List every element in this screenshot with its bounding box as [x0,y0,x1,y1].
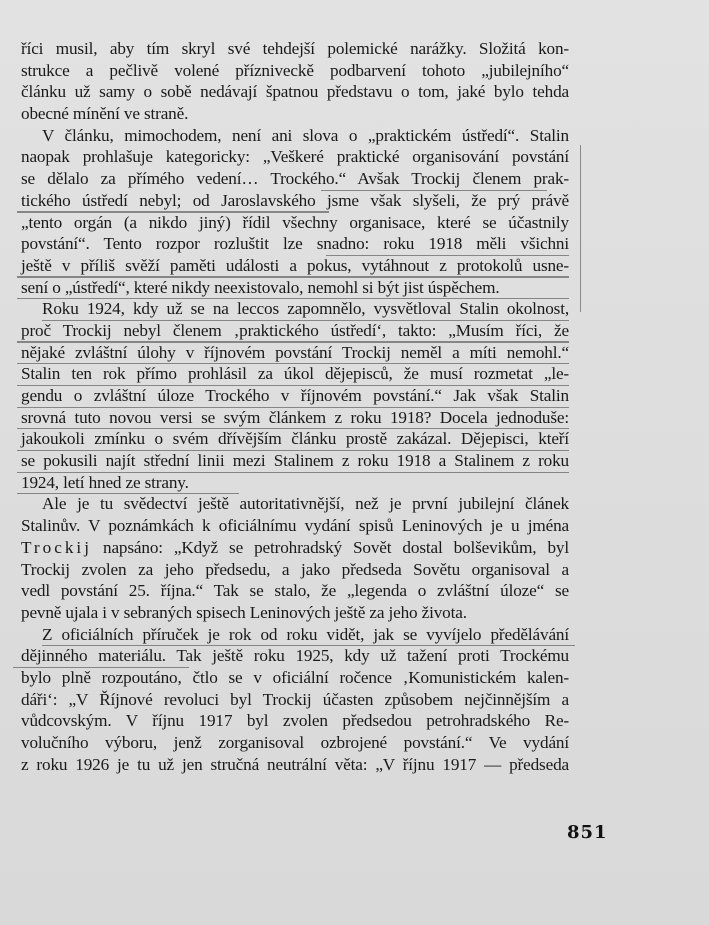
underlined-line: dějinného materiálu. Tak ještě roku 1925… [21,645,569,667]
text-line: bylo plně rozpoutáno, čtlo se v oficiáln… [21,667,569,689]
text-line: Trockij napsáno: „Když se petrohradský S… [21,537,569,559]
paragraph-start: Z oficiálních příruček je rok od roku vi… [21,624,569,646]
text-line: obecné mínění ve straně. [21,103,569,125]
underlined-line: sení o „ústředí“, které nikdy neexistova… [21,277,569,299]
underlined-line: jakoukoli zmínku o svém dřívějším článku… [21,428,569,450]
text-line: strukce a pečlivě volené přízniveckě pod… [21,60,569,82]
underlined-line: se dělalo za přímého vedení… Trockého.“ … [21,168,569,190]
text-line: Trockij zvolen za jeho předsedu, a jako … [21,559,569,581]
text-line: článku už samy o sobě nedávají špatnou p… [21,81,569,103]
underlined-line: tického ústředí nebyl; od Jaroslavského … [21,190,569,212]
text-line: naopak prohlašuje kategoricky: „Veškeré … [21,146,569,168]
pencil-margin-mark [580,145,581,312]
spaced-name: Trockij [21,538,92,557]
body-text: říci musil, aby tím skryl své tehdejší p… [21,38,569,775]
underlined-line: ještě v příliš svěží paměti události a p… [21,255,569,277]
underlined-line: proč Trockij nebyl členem ‚praktického ú… [21,320,569,342]
paragraph-start: V článku, mimochodem, není ani slova o „… [21,125,569,147]
text-line: Stalinův. V poznámkách k oficiálnímu vyd… [21,515,569,537]
paragraph-start: Ale je tu svědectví ještě autoritativněj… [21,493,569,515]
underlined-line: se pokusili najít střední linii mezi Sta… [21,450,569,472]
underlined-line: 1924, letí hned ze strany. [21,472,569,494]
text-line: říci musil, aby tím skryl své tehdejší p… [21,38,569,60]
text-line: vedl povstání 25. října.“ Tak se stalo, … [21,580,569,602]
text-line: volučního výboru, jenž zorganisoval ozbr… [21,732,569,754]
book-page: říci musil, aby tím skryl své tehdejší p… [0,0,709,925]
underlined-line: Stalin ten rok přímo prohlásil za úkol d… [21,363,569,385]
text-line: „tento orgán (a nikdo jiný) řídil všechn… [21,212,569,234]
text-line: vůdcovským. V říjnu 1917 byl zvolen před… [21,710,569,732]
paragraph-start: Roku 1924, kdy už se na leccos zapomnělo… [21,298,569,320]
underlined-line: gendu o zvláštní úloze Trockého v říjnov… [21,385,569,407]
text-line: pevně ujala i v sebraných spisech Lenino… [21,602,569,624]
page-number: 851 [567,822,608,843]
underlined-line: povstání“. Tento rozpor rozluštit lze sn… [21,233,569,255]
text-line: z roku 1926 je tu už jen stručná neutrál… [21,754,569,776]
text-line: dáři‘: „V Říjnové revoluci byl Trockij ú… [21,689,569,711]
underlined-line: srovná tuto novou versi se svým článkem … [21,407,569,429]
underlined-line: nějaké zvláštní úlohy v říjnovém povstán… [21,342,569,364]
